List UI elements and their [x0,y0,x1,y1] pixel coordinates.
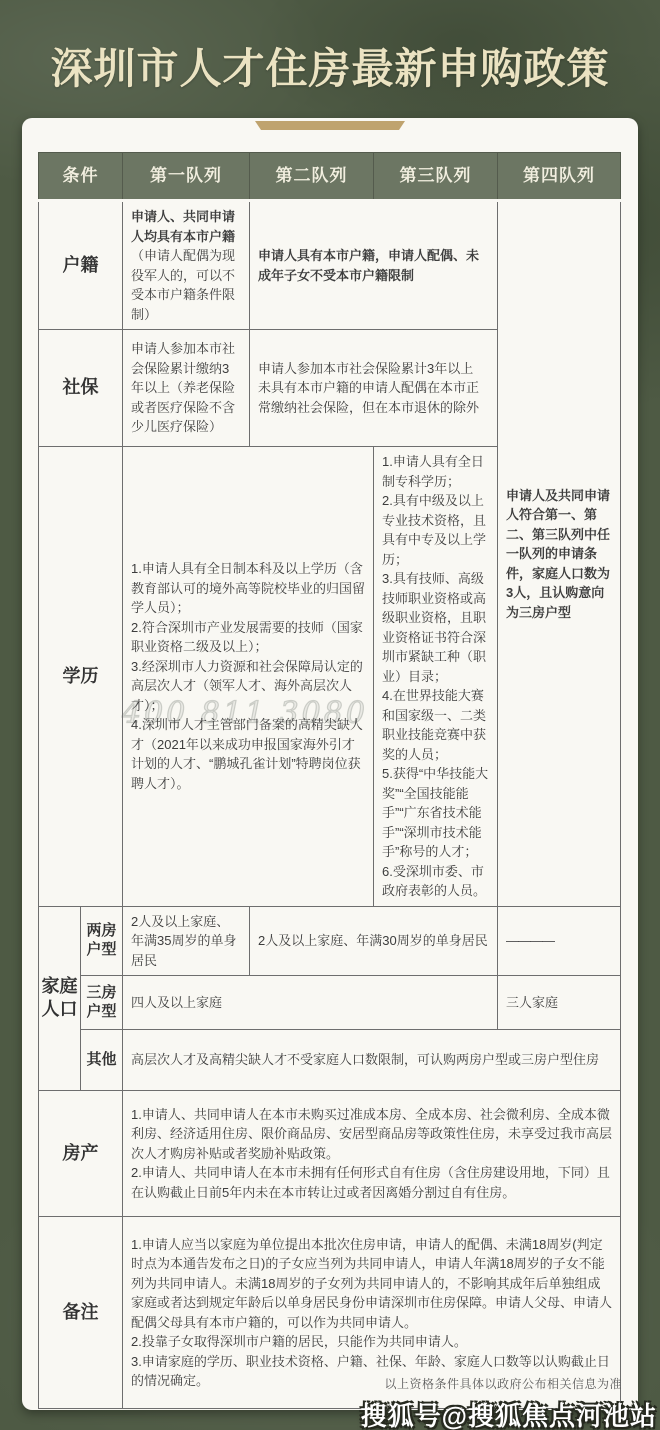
policy-table: 条件 第一队列 第二队列 第三队列 第四队列 户籍 申请人、共同申请人均具有本市… [38,152,621,1409]
row-hukou: 户籍 申请人、共同申请人均具有本市户籍 （申请人配偶为现役军人的，可以不受本市户… [39,201,621,330]
page-title: 深圳市人才住房最新申购政策 [0,36,660,96]
row-label-two-room: 两房户型 [81,906,123,976]
header-queue-2: 第二队列 [250,153,374,201]
card-tab-decoration [255,121,405,130]
row-family-two-room: 家庭人口 两房户型 2人及以上家庭、年满35周岁的单身居民 2人及以上家庭、年满… [39,906,621,976]
three-room-queue123-cell: 四人及以上家庭 [123,976,498,1030]
three-room-queue4-cell: 三人家庭 [498,976,621,1030]
row-label-xueli: 学历 [39,447,123,907]
header-condition: 条件 [39,153,123,201]
hukou-queue1-cell: 申请人、共同申请人均具有本市户籍 （申请人配偶为现役军人的，可以不受本市户籍条件… [123,201,250,330]
row-family-other: 其他 高层次人才及高精尖缺人才不受家庭人口数限制，可认购两房户型或三房户型住房 [39,1030,621,1091]
row-label-notes: 备注 [39,1217,123,1409]
row-label-property: 房产 [39,1091,123,1217]
xueli-queue3-cell: 1.申请人具有全日制专科学历； 2.具有中级及以上专业技术资格，且具有中专及以上… [374,447,498,907]
queue4-merged-cell: 申请人及共同申请人符合第一、第二、第三队列中任一队列的申请条件，家庭人口数为3人… [498,201,621,907]
shebao-queue1-cell: 申请人参加本市社会保险累计缴纳3年以上（养老保险或者医疗保险不含少儿医疗保险） [123,330,250,447]
row-label-three-room: 三房户型 [81,976,123,1030]
hukou-queue1-note: （申请人配偶为现役军人的，可以不受本市户籍条件限制） [131,248,235,322]
header-queue-4: 第四队列 [498,153,621,201]
sohu-source-watermark: 搜狐号@搜狐焦点河池站 [361,1396,657,1430]
row-label-other: 其他 [81,1030,123,1091]
hukou-queue1-main: 申请人、共同申请人均具有本市户籍 [131,209,235,244]
header-queue-1: 第一队列 [123,153,250,201]
row-label-family: 家庭人口 [39,906,81,1091]
property-cell: 1.申请人、共同申请人在本市未购买过准成本房、全成本房、社会微利房、全成本微利房… [123,1091,621,1217]
footer-disclaimer: 以上资格条件具体以政府公布相关信息为准 [384,1375,622,1392]
policy-card: 400 811 3080 400 811 3080 条件 第一队列 第二队列 第… [22,118,638,1410]
row-label-hukou: 户籍 [39,201,123,330]
table-header-row: 条件 第一队列 第二队列 第三队列 第四队列 [39,153,621,201]
family-other-cell: 高层次人才及高精尖缺人才不受家庭人口数限制，可认购两房户型或三房户型住房 [123,1030,621,1091]
two-room-queue23-cell: 2人及以上家庭、年满30周岁的单身居民 [250,906,498,976]
shebao-queue23-cell: 申请人参加本市社会保险累计3年以上 未具有本市户籍的申请人配偶在本市正常缴纳社会… [250,330,498,447]
row-property: 房产 1.申请人、共同申请人在本市未购买过准成本房、全成本房、社会微利房、全成本… [39,1091,621,1217]
header-queue-3: 第三队列 [374,153,498,201]
xueli-queue12-cell: 1.申请人具有全日制本科及以上学历（含教育部认可的境外高等院校毕业的归国留学人员… [123,447,374,907]
two-room-queue1-cell: 2人及以上家庭、年满35周岁的单身居民 [123,906,250,976]
two-room-queue4-cell: ———— [498,906,621,976]
row-family-three-room: 三房户型 四人及以上家庭 三人家庭 [39,976,621,1030]
row-label-shebao: 社保 [39,330,123,447]
hukou-queue23-cell: 申请人具有本市户籍，申请人配偶、未成年子女不受本市户籍限制 [250,201,498,330]
